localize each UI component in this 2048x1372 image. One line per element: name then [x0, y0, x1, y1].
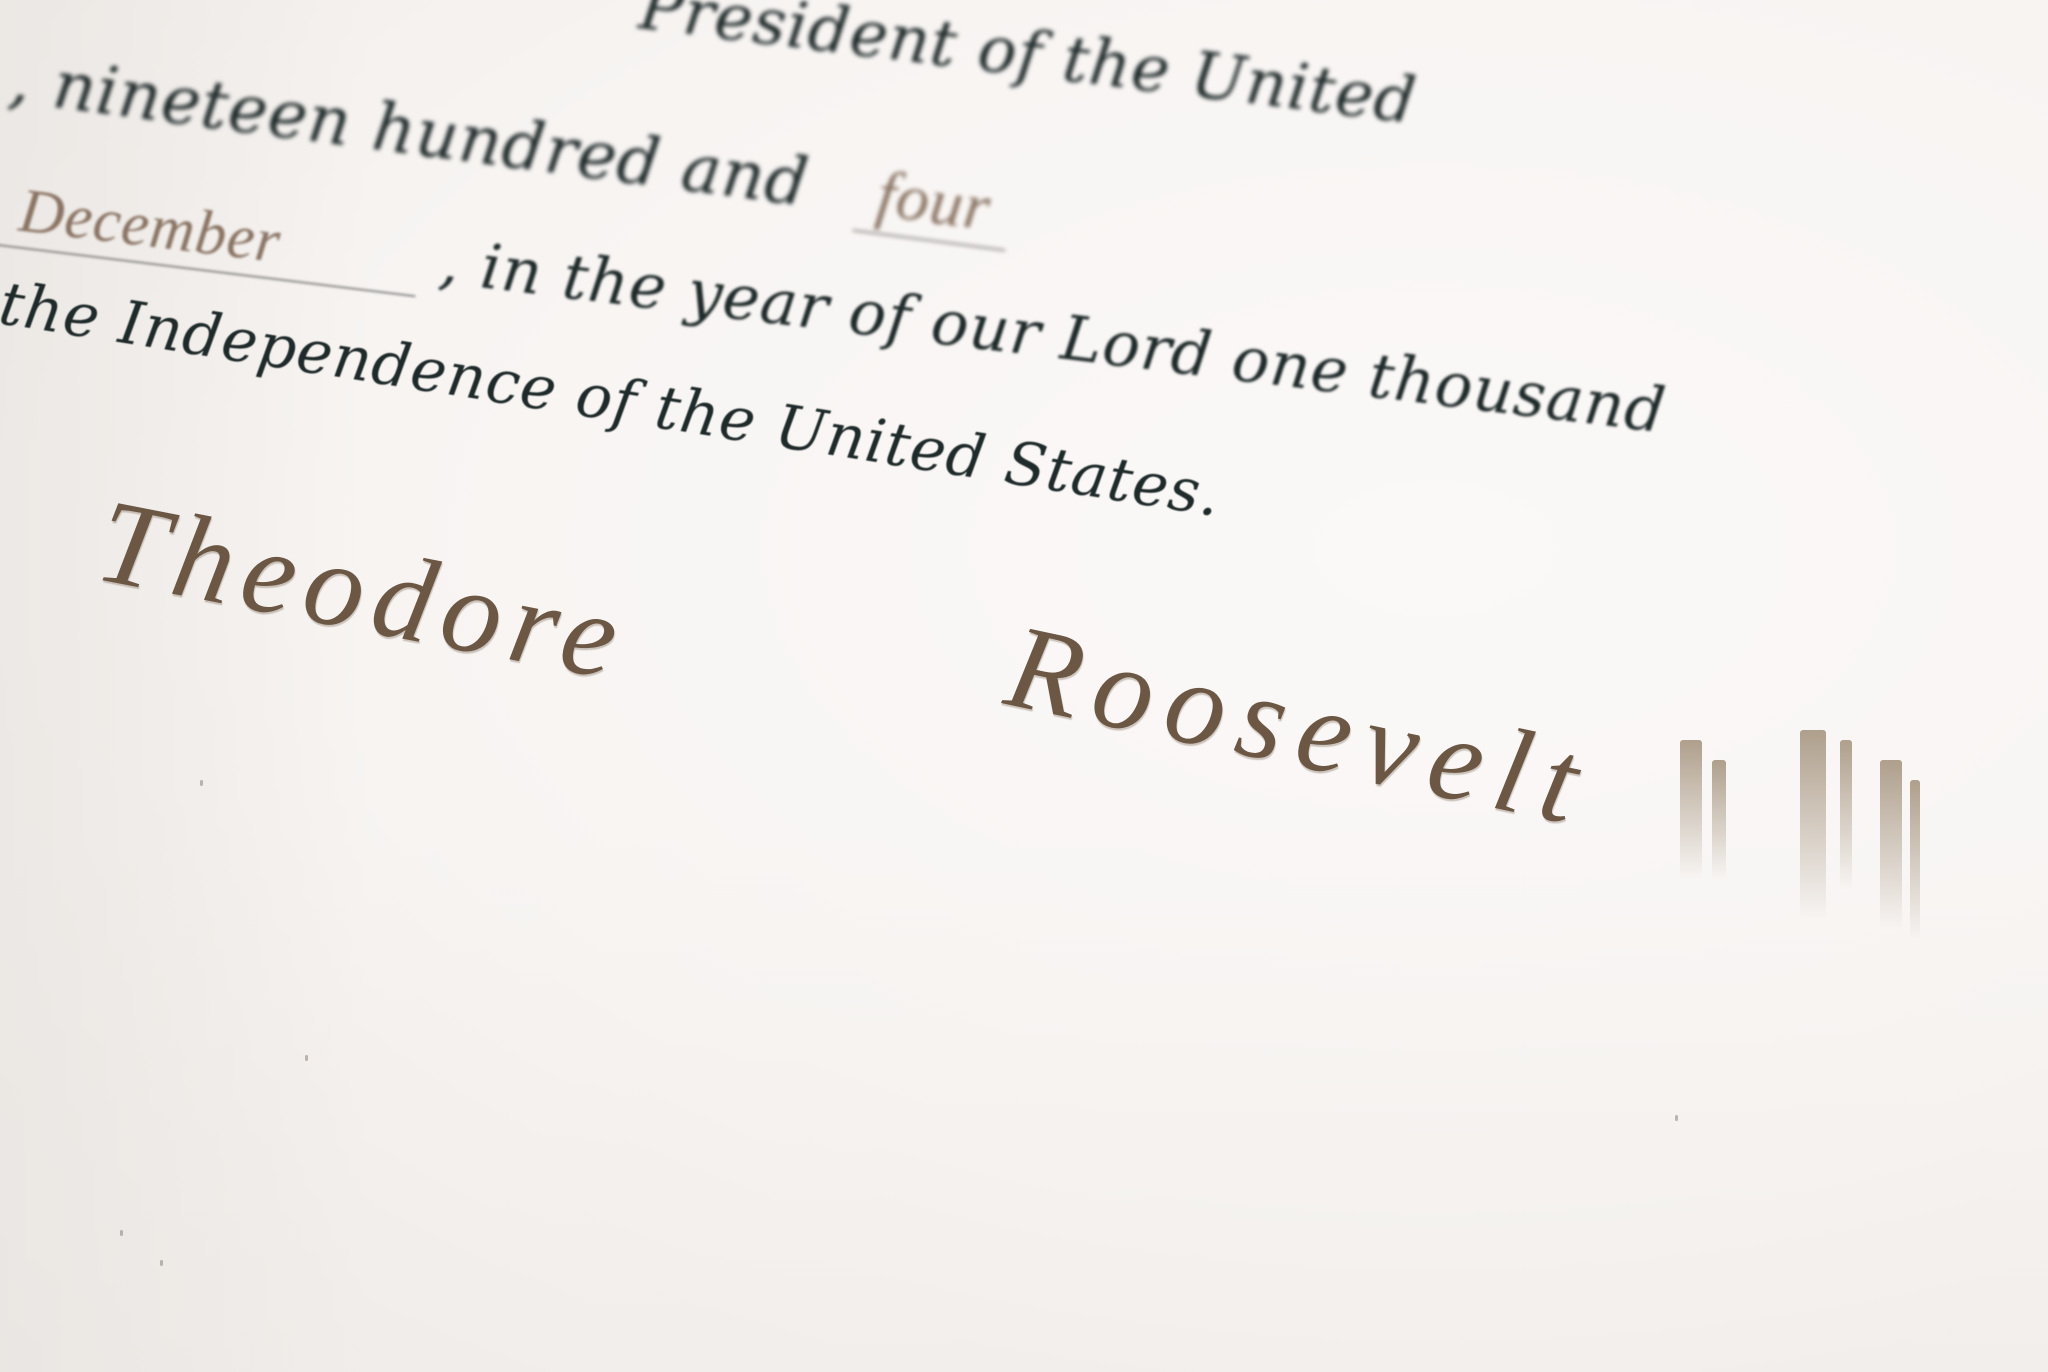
ink-drip — [1712, 760, 1726, 880]
ink-drip — [1840, 740, 1852, 890]
ink-drip — [1910, 780, 1920, 940]
paper-speck — [120, 1230, 123, 1236]
filled-year-word: four — [873, 158, 996, 245]
ink-drip — [1880, 760, 1902, 930]
paper-speck — [160, 1260, 163, 1266]
ink-drip — [1800, 730, 1826, 920]
ink-drip — [1680, 740, 1702, 880]
paper-speck — [1675, 1115, 1678, 1121]
paper-speck — [200, 780, 203, 786]
paper-speck — [305, 1055, 308, 1061]
